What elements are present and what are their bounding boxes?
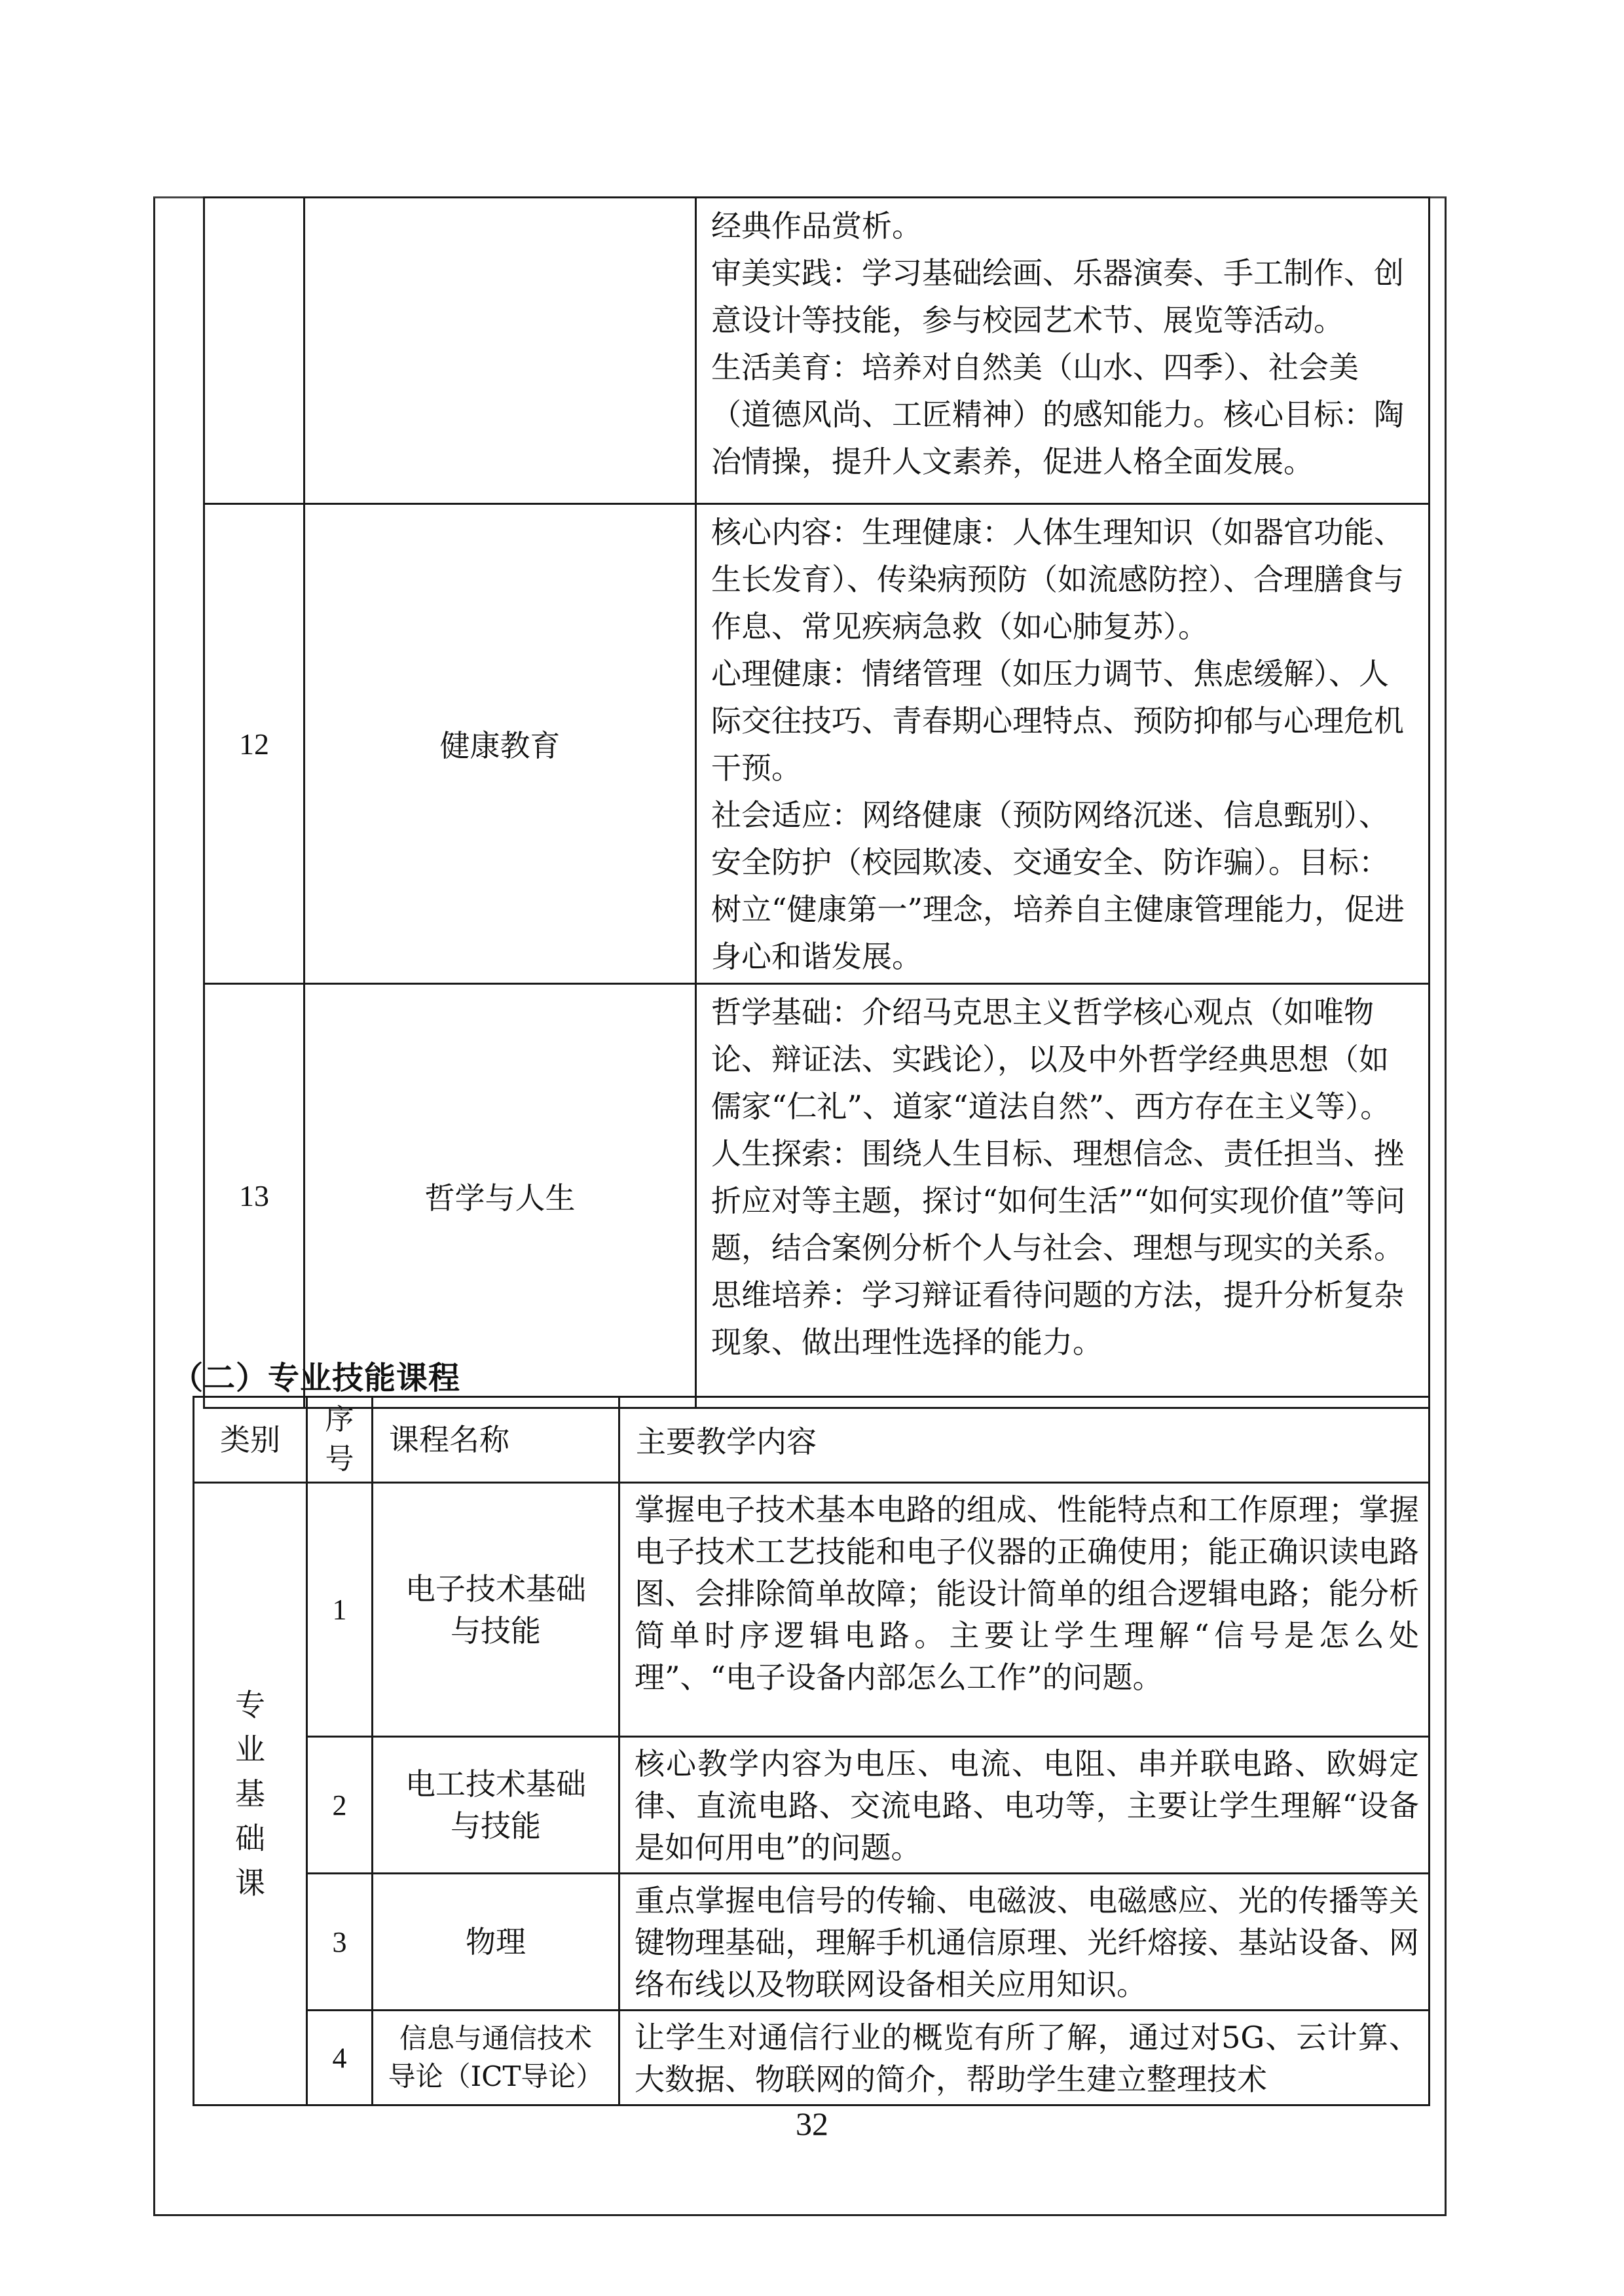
table-row: 经典作品赏析。 审美实践：学习基础绘画、乐器演奏、手工制作、创意设计等技能，参与… bbox=[204, 198, 1430, 504]
course-number-cell bbox=[204, 198, 304, 504]
table-row: 12 健康教育 核心内容：生理健康：人体生理知识（如器官功能、生长发育）、传染病… bbox=[204, 504, 1430, 984]
course-number-cell: 13 bbox=[204, 984, 304, 1408]
header-seq-label: 序号 bbox=[325, 1400, 354, 1479]
course-name-cell: 电工技术基础与技能 bbox=[373, 1737, 619, 1874]
seq-cell: 2 bbox=[307, 1737, 373, 1874]
category-cell: 专业基础课 bbox=[194, 1483, 307, 2105]
content-paragraph: 哲学基础：介绍马克思主义哲学核心观点（如唯物论、辩证法、实践论），以及中外哲学经… bbox=[711, 989, 1412, 1130]
course-content-cell: 哲学基础：介绍马克思主义哲学核心观点（如唯物论、辩证法、实践论），以及中外哲学经… bbox=[696, 984, 1430, 1408]
course-name-cell: 物理 bbox=[373, 1874, 619, 2011]
course-name-cell: 哲学与人生 bbox=[304, 984, 696, 1408]
course-content-cell: 掌握电子技术基本电路的组成、性能特点和工作原理；掌握电子技术工艺技能和电子仪器的… bbox=[619, 1483, 1430, 1737]
category-label: 专业基础课 bbox=[235, 1683, 265, 1905]
page-number: 32 bbox=[0, 2105, 1624, 2143]
header-seq: 序号 bbox=[307, 1397, 373, 1483]
content-paragraph: 生活美育：培养对自然美（山水、四季）、社会美（道德风尚、工匠精神）的感知能力。核… bbox=[711, 344, 1412, 485]
table-row: 13 哲学与人生 哲学基础：介绍马克思主义哲学核心观点（如唯物论、辩证法、实践论… bbox=[204, 984, 1430, 1408]
course-name-cell: 健康教育 bbox=[304, 504, 696, 984]
course-content-cell: 让学生对通信行业的概览有所了解，通过对5G、云计算、大数据、物联网的简介，帮助学… bbox=[619, 2011, 1430, 2105]
content-paragraph: 心理健康：情绪管理（如压力调节、焦虑缓解）、人际交往技巧、青春期心理特点、预防抑… bbox=[711, 650, 1412, 792]
course-name: 信息与通信技术导论（ICT导论） bbox=[388, 2020, 604, 2096]
seq-cell: 1 bbox=[307, 1483, 373, 1737]
course-content-cell: 经典作品赏析。 审美实践：学习基础绘画、乐器演奏、手工制作、创意设计等技能，参与… bbox=[696, 198, 1430, 504]
course-content-cell: 核心内容：生理健康：人体生理知识（如器官功能、生长发育）、传染病预防（如流感防控… bbox=[696, 504, 1430, 984]
header-content: 主要教学内容 bbox=[619, 1397, 1430, 1483]
skills-courses-table: 类别 序号 课程名称 主要教学内容 专业基础课 1 电子技术基础与技能 掌握电子… bbox=[193, 1396, 1430, 2106]
course-content-cell: 核心教学内容为电压、电流、电阻、串并联电路、欧姆定律、直流电路、交流电路、电功等… bbox=[619, 1737, 1430, 1874]
content-paragraph: 人生探索：围绕人生目标、理想信念、责任担当、挫折应对等主题，探讨“如何生活”“如… bbox=[711, 1130, 1412, 1271]
course-name-cell: 电子技术基础与技能 bbox=[373, 1483, 619, 1737]
seq-cell: 4 bbox=[307, 2011, 373, 2105]
content-paragraph: 社会适应：网络健康（预防网络沉迷、信息甄别）、安全防护（校园欺凌、交通安全、防诈… bbox=[711, 792, 1412, 980]
course-content-cell: 重点掌握电信号的传输、电磁波、电磁感应、光的传播等关键物理基础，理解手机通信原理… bbox=[619, 1874, 1430, 2011]
table-row: 3 物理 重点掌握电信号的传输、电磁波、电磁感应、光的传播等关键物理基础，理解手… bbox=[194, 1874, 1430, 2011]
content-paragraph: 核心内容：生理健康：人体生理知识（如器官功能、生长发育）、传染病预防（如流感防控… bbox=[711, 509, 1412, 650]
course-name: 电子技术基础与技能 bbox=[397, 1568, 594, 1652]
table-row: 2 电工技术基础与技能 核心教学内容为电压、电流、电阻、串并联电路、欧姆定律、直… bbox=[194, 1737, 1430, 1874]
header-course: 课程名称 bbox=[373, 1397, 619, 1483]
table-row: 4 信息与通信技术导论（ICT导论） 让学生对通信行业的概览有所了解，通过对5G… bbox=[194, 2011, 1430, 2105]
table-row: 专业基础课 1 电子技术基础与技能 掌握电子技术基本电路的组成、性能特点和工作原… bbox=[194, 1483, 1430, 1737]
table-header-row: 类别 序号 课程名称 主要教学内容 bbox=[194, 1397, 1430, 1483]
course-name: 电工技术基础与技能 bbox=[397, 1763, 594, 1847]
general-courses-table-continued: 经典作品赏析。 审美实践：学习基础绘画、乐器演奏、手工制作、创意设计等技能，参与… bbox=[203, 196, 1430, 1409]
course-name-cell bbox=[304, 198, 696, 504]
content-paragraph: 审美实践：学习基础绘画、乐器演奏、手工制作、创意设计等技能，参与校园艺术节、展览… bbox=[711, 249, 1412, 344]
seq-cell: 3 bbox=[307, 1874, 373, 2011]
course-name-cell: 信息与通信技术导论（ICT导论） bbox=[373, 2011, 619, 2105]
course-number-cell: 12 bbox=[204, 504, 304, 984]
section-heading: （二）专业技能课程 bbox=[172, 1353, 460, 1398]
content-paragraph: 思维培养：学习辩证看待问题的方法，提升分析复杂现象、做出理性选择的能力。 bbox=[711, 1271, 1412, 1366]
content-paragraph: 经典作品赏析。 bbox=[711, 202, 1412, 249]
header-category: 类别 bbox=[194, 1397, 307, 1483]
